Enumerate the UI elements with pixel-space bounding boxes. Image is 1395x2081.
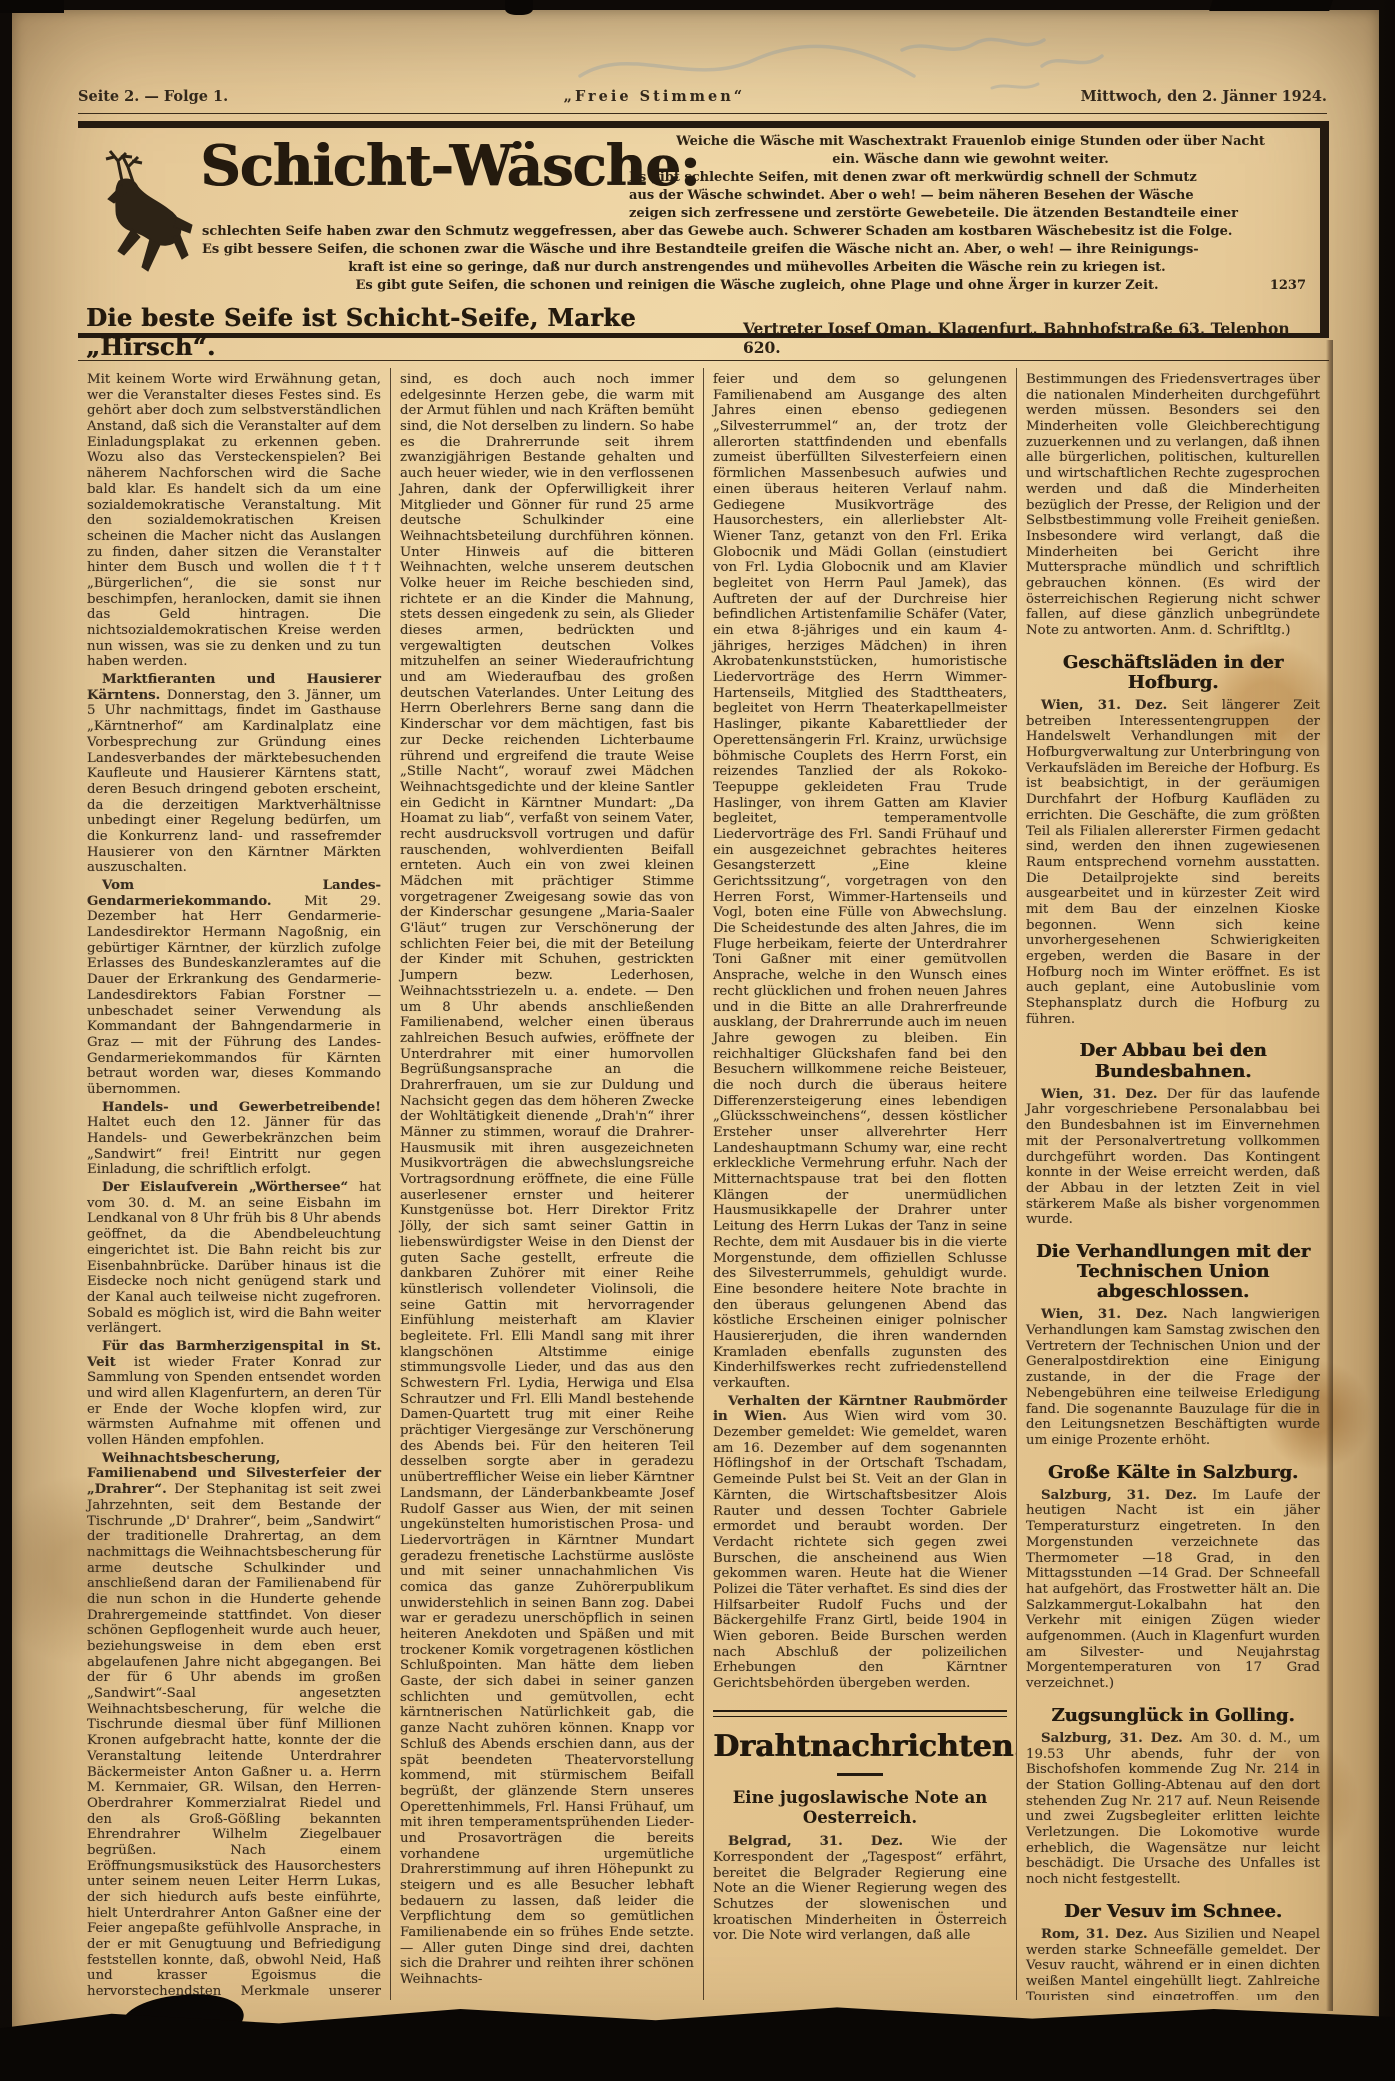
article-paragraph: feier und dem so gelungenen Familienaben… xyxy=(713,372,1007,1392)
column-4: Bestimmungen des Friedensvertrages über … xyxy=(1016,368,1329,2000)
paragraph-lead: Für das Barmherzigenspital in St. Veit xyxy=(87,1339,381,1370)
article-columns: Mit keinem Worte wird Erwähnung getan, w… xyxy=(78,368,1329,2000)
article-paragraph: Bestimmungen des Friedensvertrages über … xyxy=(1026,372,1320,639)
article-paragraph: Wien, 31. Dez. Nach langwierigen Verhand… xyxy=(1026,1307,1320,1448)
issue-date: Mittwoch, den 2. Jänner 1924. xyxy=(1081,88,1327,105)
paper-title: „Freie Stimmen“ xyxy=(564,88,746,105)
article-paragraph: Salzburg, 31. Dez. Am 30. d. M., um 19.5… xyxy=(1026,1731,1320,1888)
ad-line: kraft ist eine so geringe, daß nur durch… xyxy=(202,259,1312,277)
article-headline: Große Kälte in Salzburg. xyxy=(1026,1463,1320,1483)
article-paragraph: Der Eislaufverein „Wörthersee“ hat vom 3… xyxy=(87,1180,381,1337)
newspaper-scan: { "masthead": { "left": "Seite 2. — Folg… xyxy=(0,0,1395,2081)
article-headline: Zugsunglück in Golling. xyxy=(1026,1706,1320,1726)
ad-line: aus der Wäsche schwindet. Aber o weh! — … xyxy=(629,187,1312,205)
article-paragraph: Mit keinem Worte wird Erwähnung getan, w… xyxy=(87,372,381,670)
article-headline: Der Abbau bei den Bundesbahnen. xyxy=(1026,1041,1320,1081)
article-paragraph: Belgrad, 31. Dez. Wie der Korrespondent … xyxy=(713,1834,1007,1944)
wire-section-title: Drahtnachrichten. xyxy=(713,1729,1007,1764)
paragraph-lead: Vom Landes-Gendarmeriekommando. xyxy=(87,878,381,909)
ad-footer-row: Die beste Seife ist Schicht-Seife, Marke… xyxy=(84,303,1312,361)
masthead-rule xyxy=(78,113,1327,114)
article-paragraph: Marktfieranten und Hausierer Kärntens. D… xyxy=(87,672,381,876)
article-paragraph: Weihnachtsbescherung, Familienabend und … xyxy=(87,1451,381,2000)
ad-representative: Vertreter Josef Oman, Klagenfurt, Bahnho… xyxy=(743,319,1306,361)
paragraph-lead: Weihnachtsbescherung, Familienabend und … xyxy=(87,1451,381,1497)
scan-mark xyxy=(0,0,64,13)
article-headline: Der Vesuv im Schnee. xyxy=(1026,1902,1320,1922)
paragraph-lead: Handels- und Gewerbetreibende! xyxy=(102,1100,381,1115)
columns-top-rule xyxy=(78,360,1329,361)
page-fold-crease xyxy=(1326,340,1333,2011)
wire-double-rule xyxy=(713,1710,1007,1717)
scan-mark xyxy=(1209,0,1333,11)
column-3: feier und dem so gelungenen Familienaben… xyxy=(703,368,1016,2000)
scan-mark xyxy=(505,0,533,15)
paragraph-lead: Der Eislaufverein „Wörthersee“ xyxy=(102,1180,359,1195)
article-paragraph: sind, es doch auch noch immer edelgesinn… xyxy=(400,372,694,1988)
column-2: sind, es doch auch noch immer edelgesinn… xyxy=(390,368,703,2000)
ad-line: Es gibt bessere Seifen, die schonen zwar… xyxy=(202,241,1312,259)
paragraph-lead: Salzburg, 31. Dez. xyxy=(1041,1488,1212,1503)
ad-line-with-number: Es gibt gute Seifen, die schonen und rei… xyxy=(202,277,1312,295)
column-1: Mit keinem Worte wird Erwähnung getan, w… xyxy=(78,368,390,2000)
paragraph-lead: Wien, 31. Dez. xyxy=(1041,1307,1182,1322)
ad-logo-title: Schicht-Wäsche: xyxy=(84,131,629,223)
paragraph-lead: Salzburg, 31. Dez. xyxy=(1041,1731,1191,1746)
paragraph-lead: Verhalten der Kärntner Raubmörder in Wie… xyxy=(713,1394,1007,1425)
article-paragraph: Wien, 31. Dez. Der für das laufende Jahr… xyxy=(1026,1087,1320,1228)
article-paragraph: Wien, 31. Dez. Seit längerer Zeit betrei… xyxy=(1026,698,1320,1027)
article-paragraph: Handels- und Gewerbetreibende! Haltet eu… xyxy=(87,1100,381,1178)
ad-line: Es gibt gute Seifen, die schonen und rei… xyxy=(355,278,1158,293)
article-paragraph: Rom, 31. Dez. Aus Sizilien und Neapel we… xyxy=(1026,1927,1320,2000)
soap-advertisement: Schicht-Wäsche: Weiche die Wäsche mit Wa… xyxy=(78,121,1329,338)
article-headline: Die Verhandlungen mit der Technischen Un… xyxy=(1026,1242,1320,1302)
masthead: Seite 2. — Folge 1. „Freie Stimmen“ Mitt… xyxy=(78,88,1327,105)
ad-line: zeigen sich zerfressene und zerstörte Ge… xyxy=(629,205,1312,223)
paragraph-lead: Wien, 31. Dez. xyxy=(1041,698,1181,713)
newspaper-page: Seite 2. — Folge 1. „Freie Stimmen“ Mitt… xyxy=(12,10,1379,2081)
article-paragraph: Verhalten der Kärntner Raubmörder in Wie… xyxy=(713,1394,1007,1692)
paragraph-lead: Rom, 31. Dez. xyxy=(1041,1927,1154,1942)
ad-intro-text: Weiche die Wäsche mit Waschextrakt Fraue… xyxy=(629,131,1312,223)
article-headline: Geschäftsläden in der Hofburg. xyxy=(1026,653,1320,693)
ad-body-text: schlechten Seife haben zwar den Schmutz … xyxy=(202,223,1312,295)
ad-line: ein. Wäsche dann wie gewohnt weiter. xyxy=(629,151,1312,169)
stag-icon xyxy=(88,147,198,285)
wire-section-header: Drahtnachrichten. xyxy=(713,1710,1007,1776)
ad-headline: Schicht-Wäsche: xyxy=(200,133,699,199)
article-paragraph: Vom Landes-Gendarmeriekommando. Mit 29. … xyxy=(87,878,381,1098)
ad-line: Weiche die Wäsche mit Waschextrakt Fraue… xyxy=(629,133,1312,151)
page-folio: Seite 2. — Folge 1. xyxy=(78,88,228,105)
scan-edge-shadow xyxy=(1378,0,1395,2081)
ad-line: schlechten Seife haben zwar den Schmutz … xyxy=(202,223,1312,241)
paragraph-lead: Wien, 31. Dez. xyxy=(1041,1087,1167,1102)
paragraph-lead: Belgrad, 31. Dez. xyxy=(728,1834,931,1849)
article-paragraph: Für das Barmherzigenspital in St. Veit i… xyxy=(87,1339,381,1449)
article-subheadline: Eine jugoslawische Note an Oesterreich. xyxy=(713,1788,1007,1828)
ad-line: Es gibt schlechte Seifen, mit denen zwar… xyxy=(629,169,1312,187)
ad-insertion-number: 1237 xyxy=(1270,277,1306,295)
article-paragraph: Salzburg, 31. Dez. Im Laufe der heutigen… xyxy=(1026,1488,1320,1692)
wire-dash-rule xyxy=(837,1773,883,1776)
paragraph-lead: Marktfieranten und Hausierer Kärntens. xyxy=(87,672,381,703)
ad-top-row: Schicht-Wäsche: Weiche die Wäsche mit Wa… xyxy=(84,131,1312,223)
ad-brand-slogan: Die beste Seife ist Schicht-Seife, Marke… xyxy=(86,303,743,361)
